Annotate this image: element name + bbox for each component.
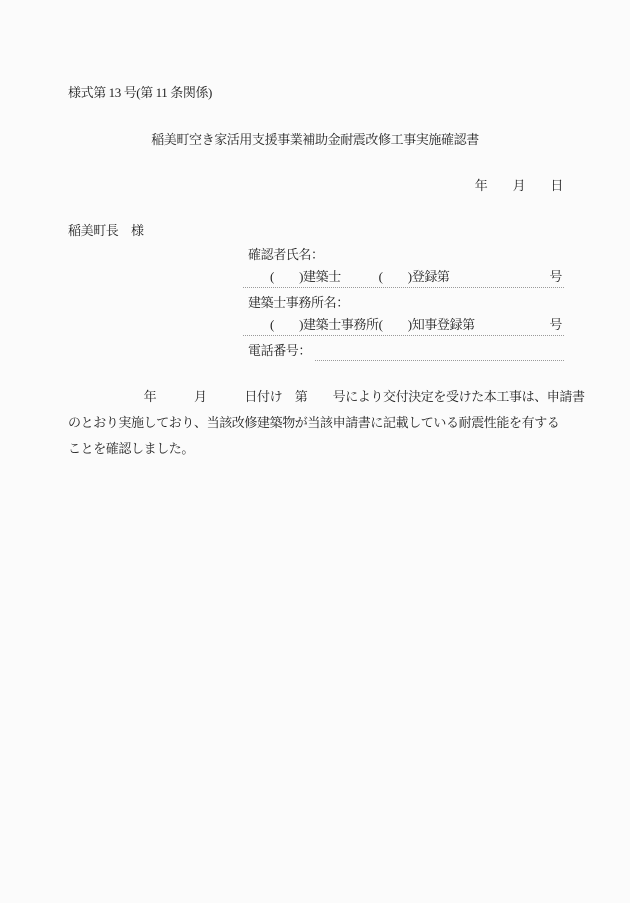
paragraph-line-2: のとおり実施しており、当該改修建築物が当該申請書に記載している耐震性能を有する: [68, 410, 598, 436]
phone-number-label: 電話番号：: [248, 340, 311, 361]
paragraph-line-1: 年 月 日付け 第 号により交付決定を受けた本工事は、申請書: [68, 384, 598, 410]
office-name-label: 建築士事務所名：: [243, 292, 564, 315]
phone-number-row: 電話番号：: [243, 338, 564, 361]
confirmer-name-label: 確認者氏名：: [243, 244, 564, 267]
architect-registration-row: ( )建築士 ( )登録第 号: [243, 267, 564, 288]
architect-registration-text: ( )建築士 ( )登録第: [270, 267, 450, 286]
document-page: 様式第 13 号(第 11 条関係) 稲美町空き家活用支援事業補助金耐震改修工事…: [0, 0, 630, 903]
architect-registration-suffix: 号: [549, 267, 562, 286]
paragraph-line-3: ことを確認しました。: [68, 436, 598, 462]
office-registration-suffix: 号: [549, 315, 562, 334]
confirmation-paragraph: 年 月 日付け 第 号により交付決定を受けた本工事は、申請書 のとおり実施してお…: [68, 384, 598, 462]
form-number: 様式第 13 号(第 11 条関係): [68, 82, 212, 101]
date-line: 年 月 日: [475, 175, 563, 194]
signer-info-block: 確認者氏名： ( )建築士 ( )登録第 号 建築士事務所名： ( )建築士事務…: [243, 244, 564, 361]
phone-number-blank-line: [315, 340, 564, 361]
office-registration-text: ( )建築士事務所( )知事登録第: [270, 315, 475, 334]
addressee-line: 稲美町長 様: [68, 220, 144, 239]
document-title: 稲美町空き家活用支援事業補助金耐震改修工事実施確認書: [0, 129, 630, 148]
office-registration-row: ( )建築士事務所( )知事登録第 号: [243, 315, 564, 336]
